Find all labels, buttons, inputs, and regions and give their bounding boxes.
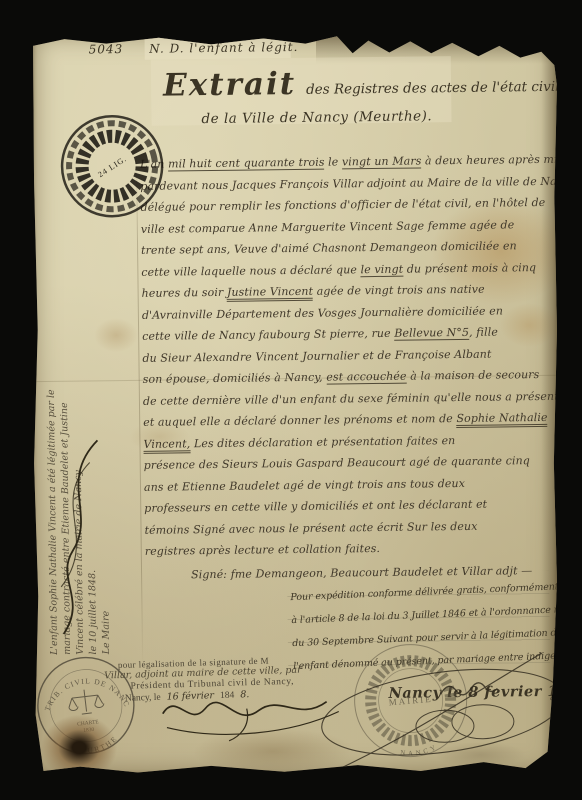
margin-signature-flourish: [31, 428, 124, 654]
stamp-center-text: 24 LIG.: [96, 154, 128, 179]
paper-sheet: 5043 N. D. l'enfant à légit. Extrait des…: [33, 34, 557, 774]
svg-text:MEURTHE: MEURTHE: [70, 733, 121, 757]
docket-note: N. D. l'enfant à légit.: [149, 40, 298, 56]
title-lead-word: Extrait: [163, 66, 296, 104]
stamp-arc-top: TRIB. CIVIL DE NANCY: [39, 671, 132, 718]
docket-number: 5043: [89, 42, 124, 56]
docket-header: 5043 N. D. l'enfant à légit.: [89, 40, 299, 57]
title-rest: des Registres des actes de l'état civil: [306, 79, 560, 98]
manuscript-lines: L'an mil huit cent quarante trois le vin…: [140, 149, 582, 586]
stamp-center-top: CHARTE: [77, 719, 100, 728]
scanned-document-page: 5043 N. D. l'enfant à légit. Extrait des…: [0, 0, 582, 800]
president-signature: [150, 681, 351, 745]
scales-icon: [67, 688, 105, 716]
paper-content: 5043 N. D. l'enfant à légit. Extrait des…: [28, 31, 561, 777]
stamp-center-bottom: 1830: [83, 727, 95, 734]
svg-text:TRIB. CIVIL DE NANCY: TRIB. CIVIL DE NANCY: [39, 671, 132, 718]
title-line2: de la Ville de Nancy (Meurthe).: [201, 108, 432, 127]
tribunal-stamp: TRIB. CIVIL DE NANCY MEURTHE CHARTE 1830: [25, 643, 147, 765]
stamp-arc-bottom: MEURTHE: [70, 733, 121, 757]
document-title: Extrait des Registres des actes de l'éta…: [163, 63, 560, 104]
